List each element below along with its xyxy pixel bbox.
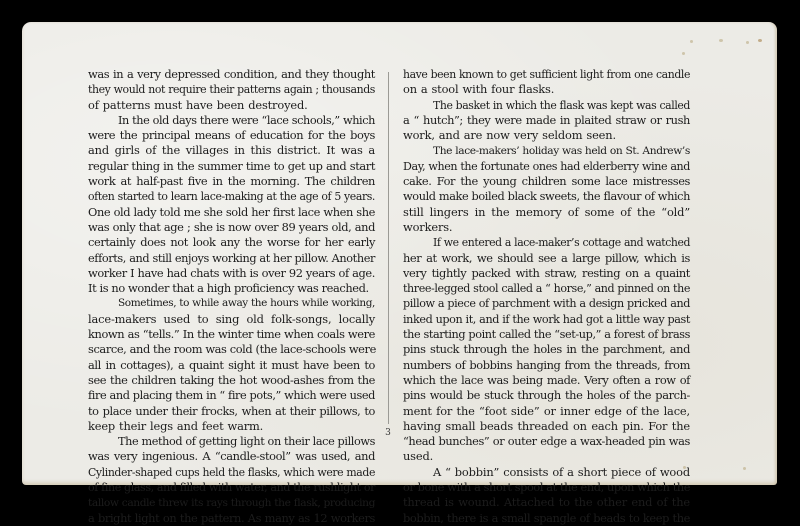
paper-stain [758, 39, 762, 42]
text-line: work at half-past five in the morning. T… [88, 174, 375, 189]
text-line: still lingers in the memory of some of t… [403, 205, 690, 220]
text-line: efforts, and still enjoys working at her… [88, 251, 375, 266]
paper-stain [719, 39, 723, 42]
text-line: thread is wound. Attached to the other e… [403, 495, 690, 508]
text-line: Sometimes, to while away the hours while… [88, 296, 375, 311]
text-line: they would not require their patterns ag… [88, 82, 375, 97]
scanned-page: was in a very depressed condition, and t… [22, 22, 777, 485]
text-line: would make boiled black sweets, the flav… [403, 189, 690, 204]
column-divider [388, 72, 389, 424]
text-line: pins would be stuck through the holes of… [403, 388, 690, 403]
text-line: having small beads threaded on each pin.… [403, 419, 690, 434]
text-line: of patterns must have been destroyed. [88, 98, 375, 113]
text-line: was very ingenious. A “candle-stool” was… [88, 449, 375, 464]
text-line: and girls of the villages in this distri… [88, 143, 375, 158]
text-line: Day, when the fortunate ones had elderbe… [403, 159, 690, 174]
text-line: In the old days there were “lace schools… [88, 113, 375, 128]
text-line: ment for the “foot side” or inner edge o… [403, 404, 690, 419]
text-line: to place under their frocks, when at the… [88, 404, 375, 419]
text-line: worker I have had chats with is over 92 … [88, 266, 375, 281]
text-line: scarce, and the room was cold (the lace-… [88, 342, 375, 357]
text-line: workers. [403, 220, 690, 235]
text-line: the starting point called the “set-up,” … [403, 327, 690, 342]
text-line: see the children taking the hot wood-ash… [88, 373, 375, 388]
text-line: used. [403, 449, 690, 464]
text-line: known as “tells.” In the winter time whe… [88, 327, 375, 342]
text-line: cake. For the young children some lace m… [403, 174, 690, 189]
paper-stain [683, 466, 686, 469]
text-line: her at work, we should see a large pillo… [403, 251, 690, 266]
text-line: certainly does not look any the worse fo… [88, 235, 375, 250]
text-line: A “ bobbin” consists of a short piece of… [403, 465, 690, 480]
text-line: numbers of bobbins hanging from the thre… [403, 358, 690, 373]
text-line: keep their legs and feet warm. [88, 419, 375, 434]
text-line: or bone with a short spool at the end, u… [403, 480, 690, 495]
text-line: was only that age ; she is now over 89 y… [88, 220, 375, 235]
text-line: often started to learn lace-making at th… [88, 189, 375, 204]
text-line: of fine glass, and filled with water, an… [88, 480, 375, 495]
text-line: regular thing in the summer time to get … [88, 159, 375, 174]
text-line: pillow a piece of parchment with a desig… [403, 296, 690, 311]
text-line: were the principal means of education fo… [88, 128, 375, 143]
text-line: was in a very depressed condition, and t… [88, 67, 375, 82]
text-line: Cylinder-shaped cups held the flasks, wh… [88, 465, 375, 480]
paper-stain [743, 467, 746, 470]
text-line: fire and placing them in “ fire pots,” w… [88, 388, 375, 403]
text-line: have been known to get sufficient light … [403, 67, 690, 82]
text-line: If we entered a lace-maker’s cottage and… [403, 235, 690, 250]
text-line: The basket in which the flask was kept w… [403, 98, 690, 113]
text-line: work, and are now very seldom seen. [403, 128, 690, 143]
paper-stain [690, 40, 693, 43]
text-line: on a stool with four flasks. [403, 82, 690, 97]
text-line: lace-makers used to sing old folk-songs,… [88, 312, 375, 327]
text-line: all in cottages), a quaint sight it must… [88, 358, 375, 373]
text-line: pins stuck through the holes in the parc… [403, 342, 690, 357]
text-line: tallow candle threw its rays through the… [88, 495, 375, 508]
text-line: very tightly packed with straw, resting … [403, 266, 690, 281]
text-line: a “ hutch”; they were made in plaited st… [403, 113, 690, 128]
text-line: which the lace was being made. Very ofte… [403, 373, 690, 388]
text-line: The lace-makers’ holiday was held on St.… [403, 143, 690, 158]
text-line: One old lady told me she sold her first … [88, 205, 375, 220]
paper-stain [682, 52, 685, 55]
text-line: The method of getting light on their lac… [88, 434, 375, 449]
paper-stain [746, 41, 749, 44]
left-text-column: was in a very depressed condition, and t… [88, 67, 375, 508]
page-number: 3 [366, 428, 410, 438]
text-line: inked upon it, and if the work had got a… [403, 312, 690, 327]
text-line: three-legged stool called a “ horse,” an… [403, 281, 690, 296]
text-line: It is no wonder that a high proficiency … [88, 281, 375, 296]
text-line: “head bunches” or outer edge a wax-heade… [403, 434, 690, 449]
right-text-column: have been known to get sufficient light … [403, 67, 690, 508]
